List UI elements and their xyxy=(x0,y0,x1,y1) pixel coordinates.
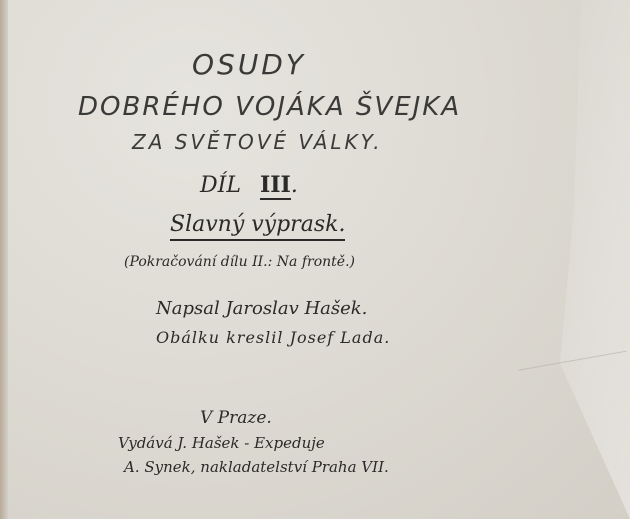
place: V Praze. xyxy=(200,408,272,428)
title-line-3: ZA SVĚTOVÉ VÁLKY. xyxy=(132,130,383,154)
paper-left-edge xyxy=(0,0,8,519)
paper-fold xyxy=(560,0,630,519)
cover-line: Obálku kreslil Josef Lada. xyxy=(156,328,390,347)
part-number: III xyxy=(260,172,291,200)
subtitle: Slavný výprask. xyxy=(170,212,345,241)
part-heading: DÍL III. xyxy=(200,172,298,198)
publisher-line-2: A. Synek, nakladatelství Praha VII. xyxy=(124,458,389,476)
title-line-1: OSUDY xyxy=(192,48,306,81)
paper-sheet: OSUDY DOBRÉHO VOJÁKA ŠVEJKA ZA SVĚTOVÉ V… xyxy=(0,0,630,519)
title-line-2: DOBRÉHO VOJÁKA ŠVEJKA xyxy=(78,92,461,122)
part-label: DÍL xyxy=(200,173,241,198)
publisher-line-1: Vydává J. Hašek - Expeduje xyxy=(118,434,325,452)
author-line: Napsal Jaroslav Hašek. xyxy=(156,298,367,319)
continuation-note: (Pokračování dílu II.: Na frontě.) xyxy=(124,254,355,270)
